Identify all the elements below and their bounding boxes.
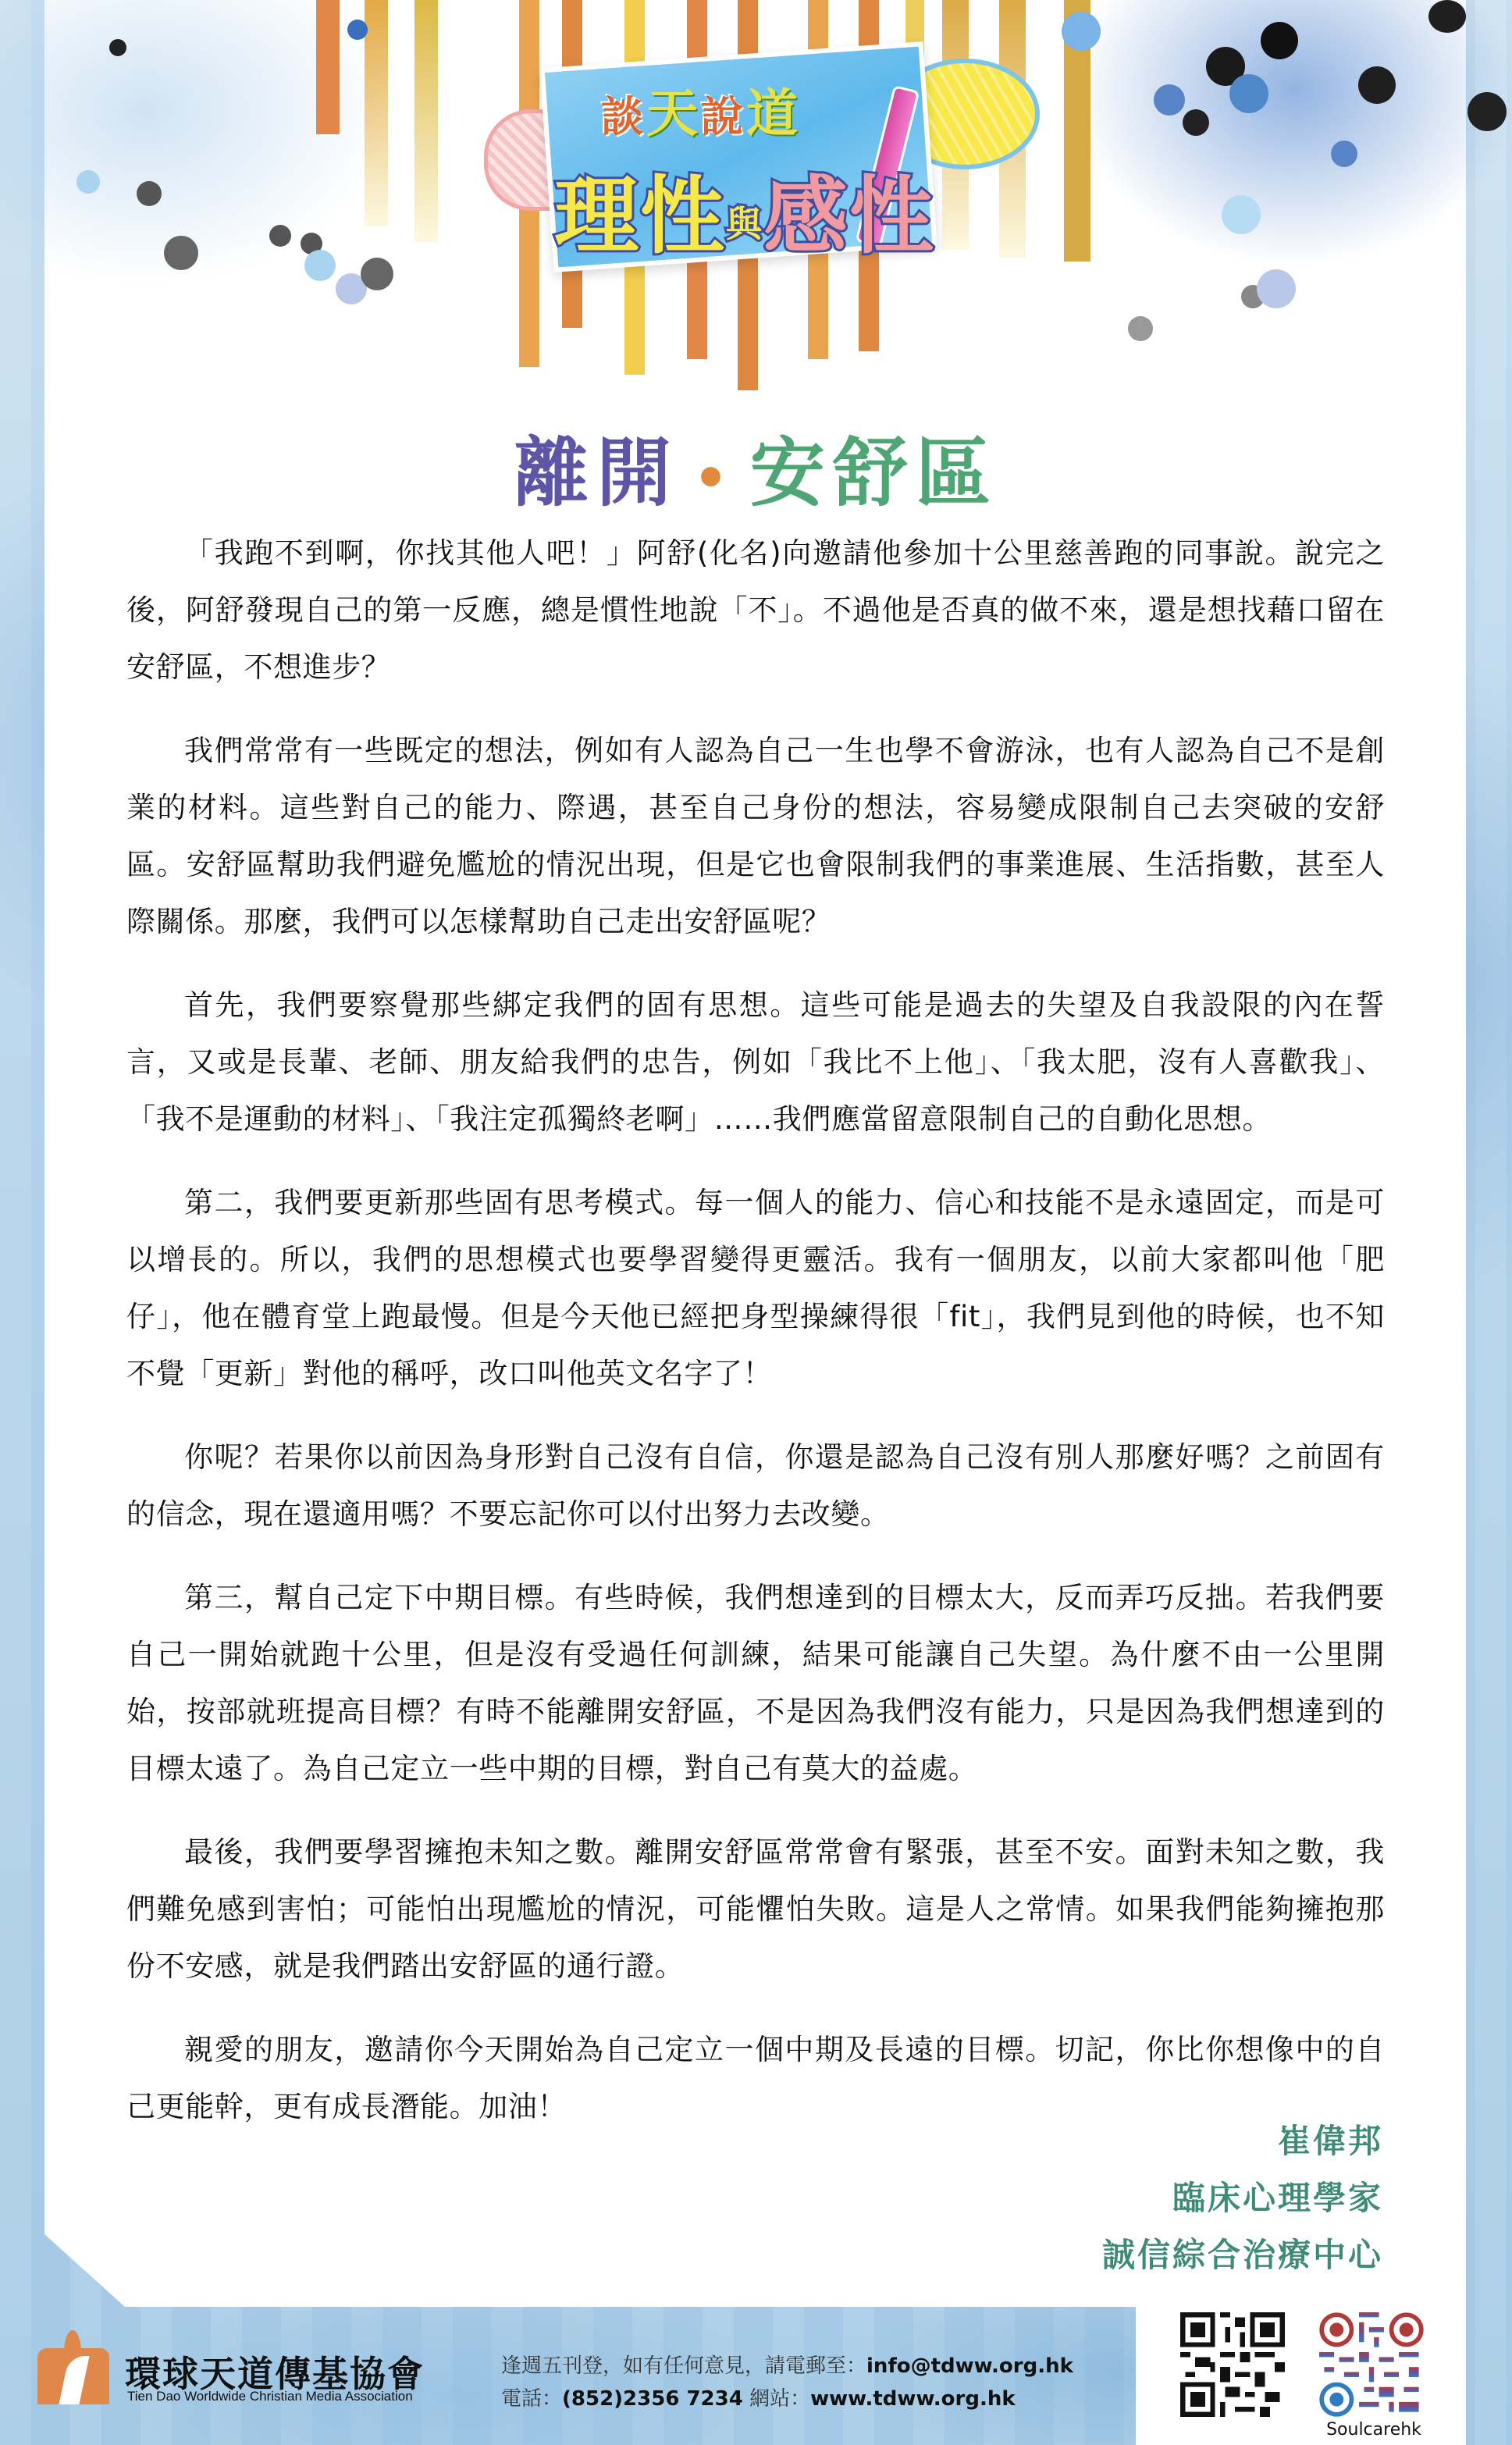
decor-stripe [365,0,388,226]
decor-dot [1128,316,1153,341]
phone-number: (852)2356 7234 [562,2387,743,2411]
email-link[interactable]: info@tdww.org.hk [866,2354,1073,2378]
paragraph: 首先，我們要察覺那些綁定我們的固有思想。這些可能是過去的失望及自我設限的內在誓言… [126,977,1385,1148]
logo-char: 道 [746,83,801,144]
author-role: 臨床心理學家 [1102,2169,1383,2226]
qr-caption: Soulcarehk [1323,2420,1425,2440]
decor-dot [1183,109,1209,136]
decor-dot [1154,84,1185,116]
org-logo-icon [37,2330,109,2404]
decor-dot [347,20,368,40]
decor-dot [1062,12,1101,51]
decor-dot [109,39,126,56]
decor-dot [1468,92,1507,131]
logo-word-emotional: 感性 [763,168,935,265]
contact-line-email: 逢週五刊登，如有任何意見，請電郵至：info@tdww.org.hk [501,2350,1073,2383]
decor-dot [304,250,336,281]
decor-dot [1358,66,1396,104]
author-organization: 誠信綜合治療中心 [1102,2226,1383,2283]
paragraph: 我們常常有一些既定的想法，例如有人認為自己一生也學不會游泳，也有人認為自己不是創… [126,722,1385,950]
decor-dot [269,225,291,247]
qr-code-tdww[interactable] [1180,2312,1285,2417]
paragraph: 「我跑不到啊，你找其他人吧！」阿舒(化名)向邀請他參加十公里慈善跑的同事說。說完… [126,525,1385,696]
qr-code-soulcarehk[interactable] [1319,2312,1424,2417]
decor-dot [1222,195,1261,234]
title-part-leave: 離開 [514,429,679,517]
header-banner: 談天說道 理性與感性 [0,0,1512,398]
contact-line-phone: 電話：(852)2356 7234 網站：www.tdww.org.hk [501,2383,1073,2415]
column-logo-big: 理性與感性 [554,148,935,269]
contact-info: 逢週五刊登，如有任何意見，請電郵至：info@tdww.org.hk 電話：(8… [501,2350,1073,2415]
email-label: 逢週五刊登，如有任何意見，請電郵至： [501,2354,866,2378]
logo-char: 說 [701,91,746,141]
logo-word-rational: 理性 [554,168,726,265]
website-label: 網站： [743,2387,810,2411]
logo-connector: 與 [726,203,763,245]
logo-char: 談 [601,91,646,141]
article-body: 「我跑不到啊，你找其他人吧！」阿舒(化名)向邀請他參加十公里慈善跑的同事說。說完… [126,525,1385,2162]
watercolor-splash-left [0,0,484,367]
decor-stripe [316,0,340,134]
logo-char: 天 [646,83,701,144]
column-logo-small: 談天說道 [601,72,801,146]
org-name-en: Tien Dao Worldwide Christian Media Assoc… [127,2389,413,2404]
paragraph: 第三，幫自己定下中期目標。有些時候，我們想達到的目標太大，反而弄巧反拙。若我們要… [126,1569,1385,1797]
decor-dot [1261,22,1298,59]
article-title: 離開•安舒區 [0,414,1512,521]
decor-dot [164,236,198,270]
phone-label: 電話： [501,2387,562,2411]
title-part-comfort-zone: 安舒區 [750,429,998,517]
decor-dot [1257,269,1296,308]
decor-dot [137,181,162,206]
decor-dot [361,258,393,290]
decor-dot [1331,141,1357,167]
paragraph: 第二，我們要更新那些固有思考模式。每一個人的能力、信心和技能不是永遠固定，而是可… [126,1174,1385,1402]
paragraph: 最後，我們要學習擁抱未知之數。離開安舒區常常會有緊張，甚至不安。面對未知之數，我… [126,1824,1385,1995]
decor-dot [1428,0,1466,33]
decor-dot [1229,74,1268,113]
decor-stripe [414,0,438,242]
author-name: 崔偉邦 [1102,2112,1383,2169]
decor-dot [76,170,100,194]
author-signature: 崔偉邦 臨床心理學家 誠信綜合治療中心 [1102,2112,1383,2283]
website-link[interactable]: www.tdww.org.hk [810,2387,1016,2411]
title-separator: • [693,447,736,511]
paragraph: 你呢？若果你以前因為身形對自己沒有自信，你還是認為自己沒有別人那麼好嗎？之前固有… [126,1429,1385,1543]
watercolor-splash-right [1077,0,1512,359]
